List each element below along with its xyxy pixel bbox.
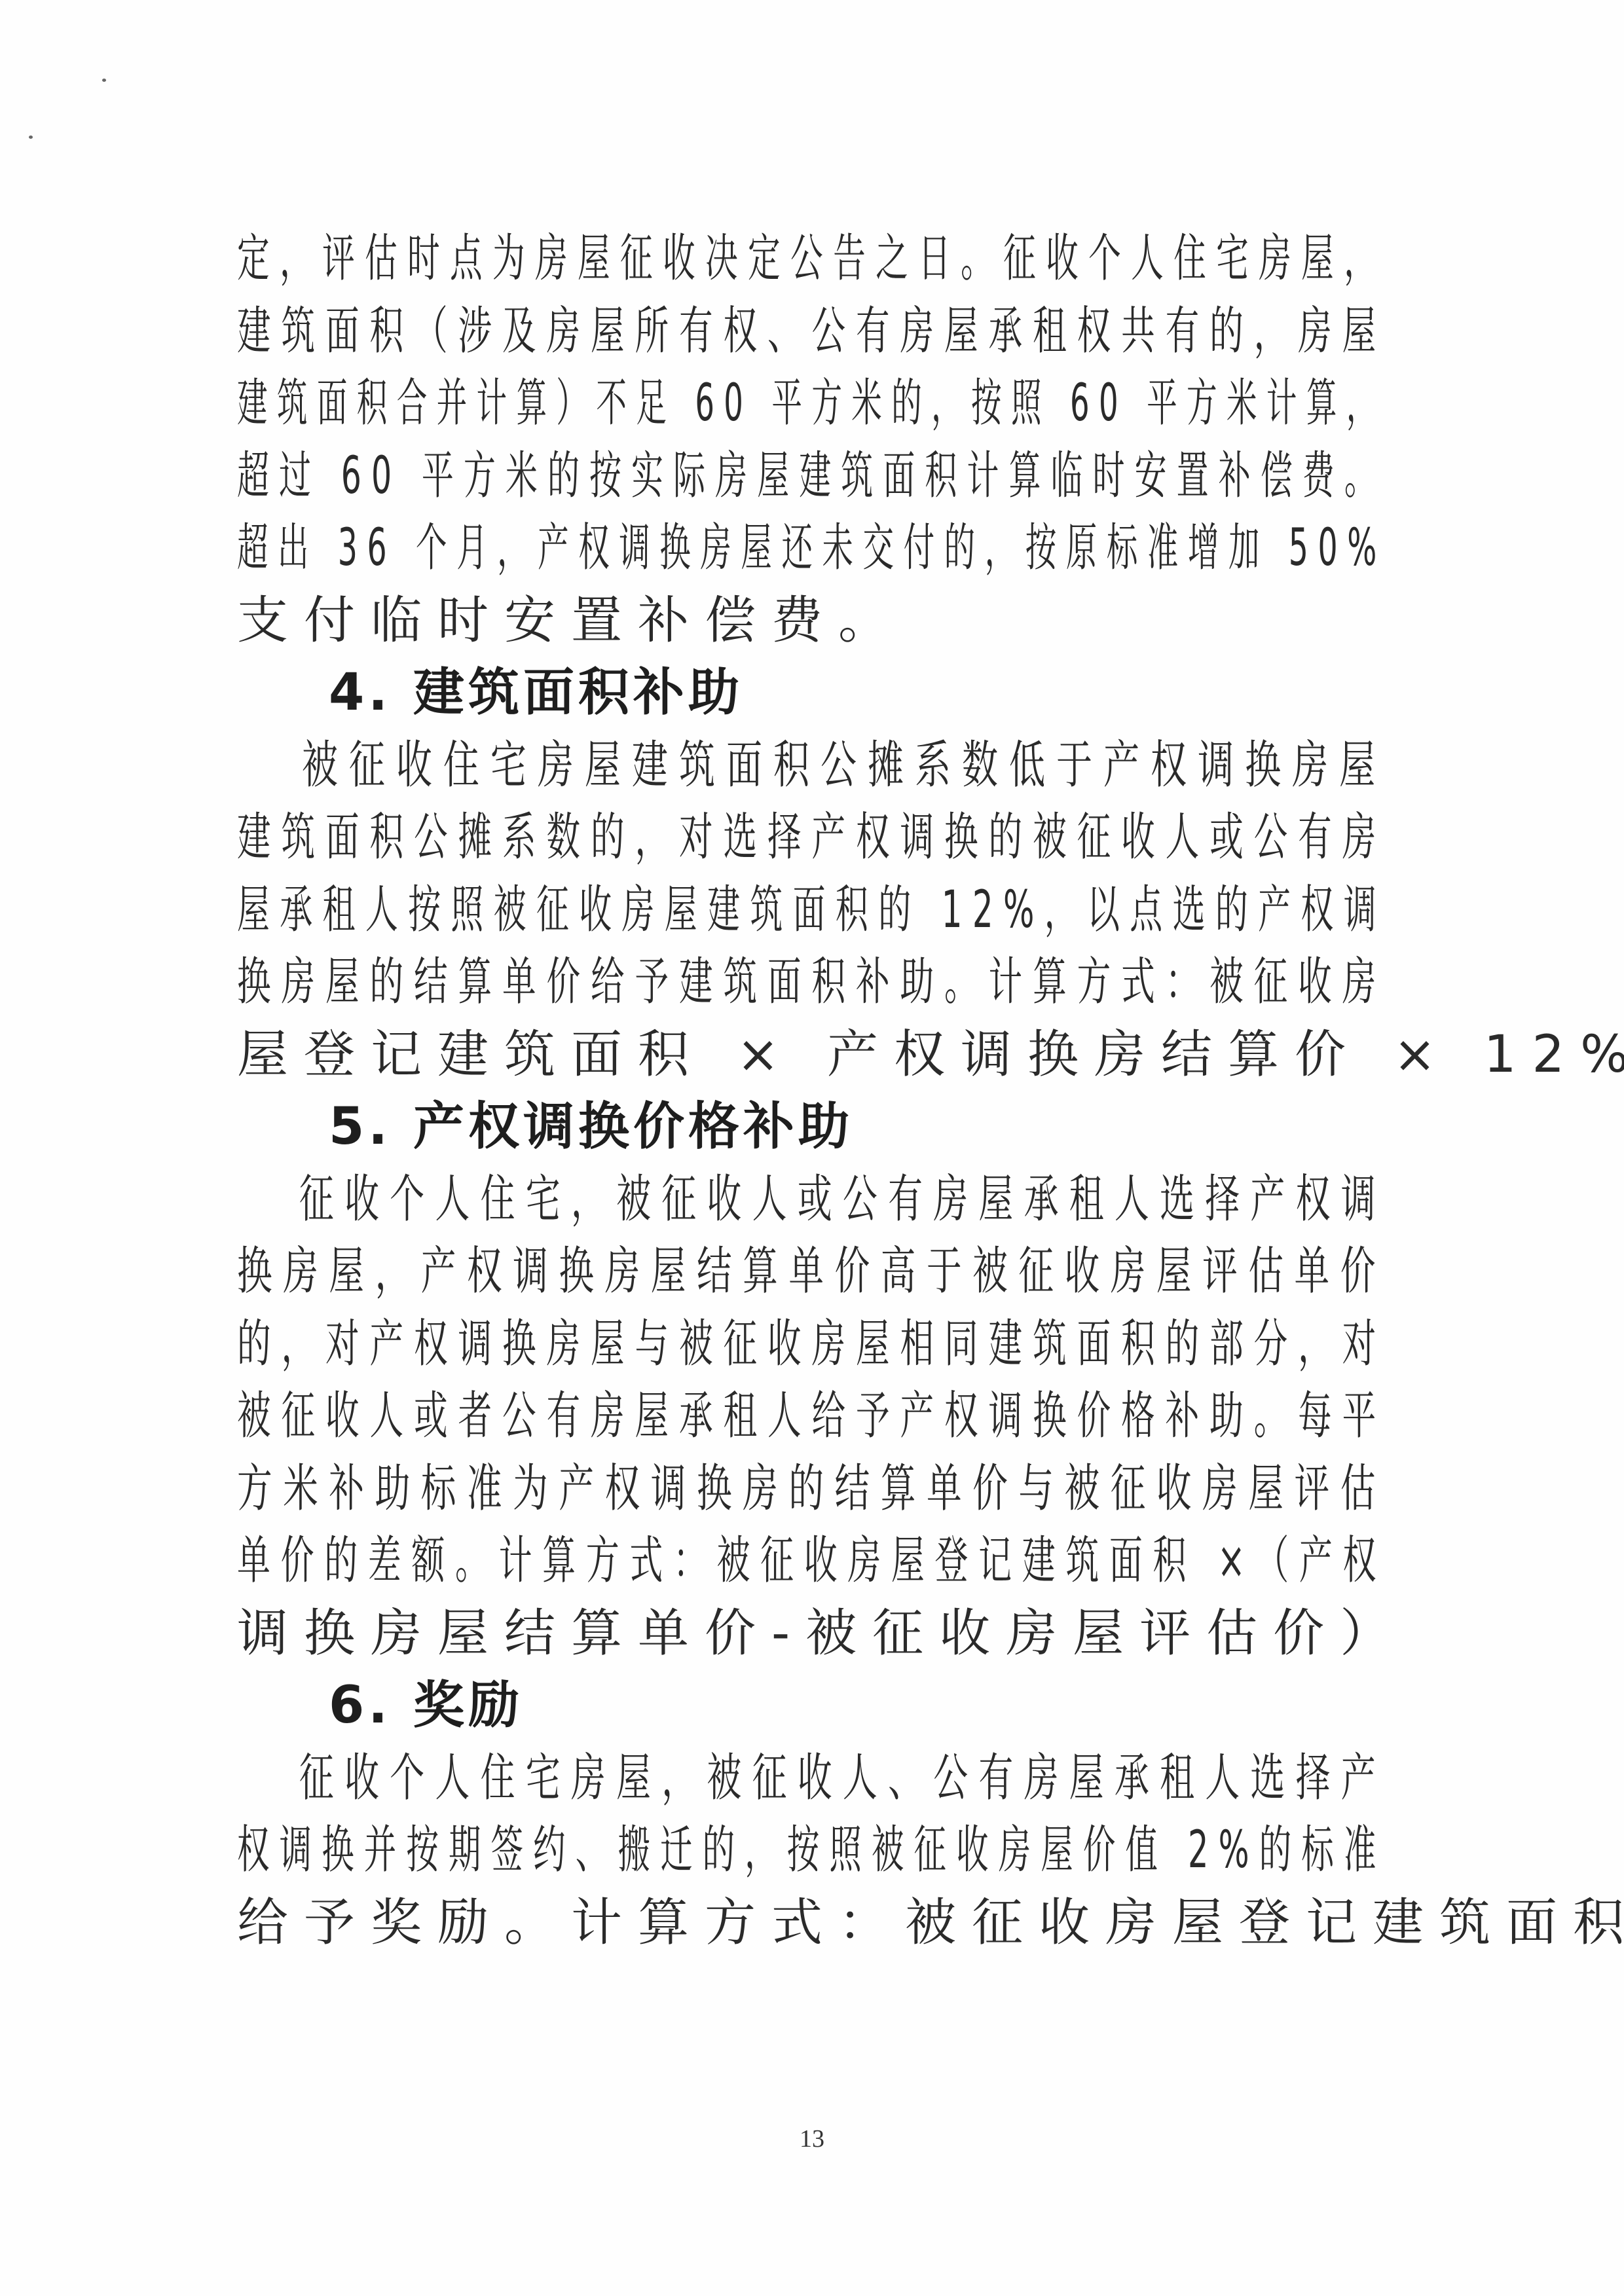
paragraph-line: 征收个人住宅，被征收人或公有房屋承租人选择产权调 [237, 1163, 1018, 1236]
document-page: 定，评估时点为房屋征收决定公告之日。征收个人住宅房屋， 建筑面积（涉及房屋所有权… [0, 0, 1624, 2296]
paragraph-line: 换房屋的结算单价给予建筑面积补助。计算方式：被征收房 [237, 946, 1000, 1019]
paragraph-line: 建筑面积公摊系数的，对选择产权调换的被征收人或公有房 [237, 801, 1000, 874]
section-heading-price-subsidy: 5. 产权调换价格补助 [237, 1091, 1390, 1163]
paragraph-line: 被征收人或者公有房屋承租人给予产权调换价格补助。每平 [237, 1380, 1000, 1453]
paragraph-line: 屋登记建筑面积 × 产权调换房结算价 × 12% [237, 1019, 1390, 1091]
paragraph-line: 权调换并按期签约、搬迁的，按照被征收房屋价值 2%的标准 [237, 1814, 967, 1887]
body-text: 定，评估时点为房屋征收决定公告之日。征收个人住宅房屋， 建筑面积（涉及房屋所有权… [237, 223, 1390, 1959]
paragraph-line: 单价的差额。计算方式：被征收房屋登记建筑面积 ×（产权 [237, 1525, 989, 1597]
section-heading-reward: 6. 奖励 [237, 1669, 1390, 1742]
paragraph-line: 换房屋，产权调换房屋结算单价高于被征收房屋评估单价 [237, 1235, 1030, 1308]
scan-speck [102, 79, 106, 82]
paragraph-line: 建筑面积（涉及房屋所有权、公有房屋承租权共有的，房屋 [237, 295, 1000, 368]
paragraph-line: 定，评估时点为房屋征收决定公告之日。征收个人住宅房屋， [237, 223, 972, 295]
paragraph-line: 支付临时安置补偿费。 [237, 585, 1390, 657]
paragraph-line: 超出 36 个月，产权调换房屋还未交付的，按原标准增加 50% [237, 512, 938, 585]
paragraph-line: 建筑面积合并计算）不足 60 平方米的，按照 60 平方米计算， [237, 367, 925, 440]
paragraph-line: 的，对产权调换房屋与被征收房屋相同建筑面积的部分，对 [237, 1308, 1000, 1381]
paragraph-line: 给予奖励。计算方式：被征收房屋登记建筑面积 × 被征收房 [237, 1887, 1390, 1959]
paragraph-line: 超过 60 平方米的按实际房屋建筑面积计算临时安置补偿费。 [237, 440, 961, 513]
paragraph-line: 被征收住宅房屋建筑面积公摊系数低于产权调换房屋 [237, 729, 1051, 802]
page-number: 13 [0, 2124, 1624, 2153]
paragraph-line: 调换房屋结算单价-被征收房屋评估价） [237, 1597, 1390, 1670]
paragraph-line: 方米补助标准为产权调换房的结算单价与被征收房屋评估 [237, 1453, 1030, 1525]
paragraph-line: 屋承租人按照被征收房屋建筑面积的 12%，以点选的产权调 [237, 874, 974, 947]
section-heading-building-area-subsidy: 4. 建筑面积补助 [237, 657, 1390, 729]
scan-speck [29, 136, 33, 139]
paragraph-line: 征收个人住宅房屋，被征收人、公有房屋承租人选择产 [237, 1742, 1018, 1815]
